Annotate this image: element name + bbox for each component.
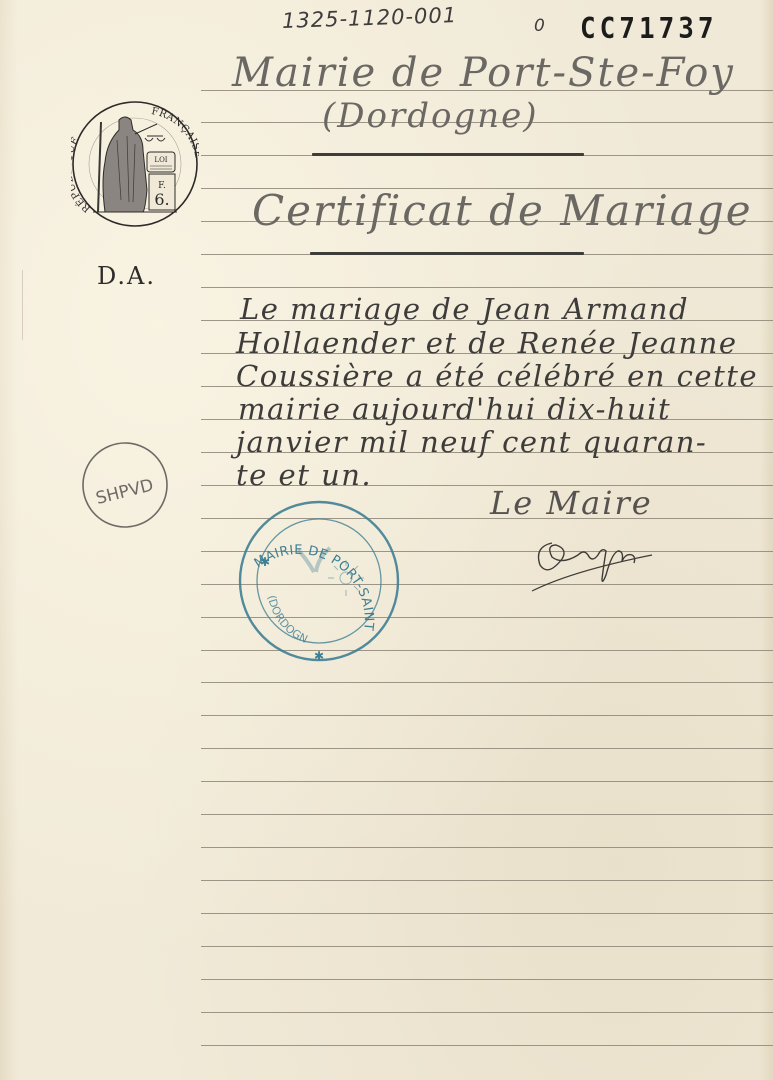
header-line-2: (Dordogne) xyxy=(322,96,539,136)
stamped-reference-number: CC71737 xyxy=(580,13,718,46)
republique-francaise-seal-icon: RÉPUBLIQUE FRANÇAISE LOI F. 6. xyxy=(71,100,199,228)
seal-form-number: 6. xyxy=(154,190,169,209)
margin-label-da: D.A. xyxy=(97,262,156,290)
archive-stamp-text: SHPVD xyxy=(94,475,156,509)
signatory-title: Le Maire xyxy=(490,484,653,522)
body-line-1: Le mariage de Jean Armand xyxy=(240,292,689,326)
body-line-6: te et un. xyxy=(236,458,372,492)
header-underline xyxy=(312,153,584,156)
svg-text:✱: ✱ xyxy=(314,649,324,662)
body-line-2: Hollaender et de Renée Jeanne xyxy=(236,326,738,360)
svg-text:RÉPUBLIQUE: RÉPUBLIQUE xyxy=(71,135,93,214)
body-line-4: mairie aujourd'hui dix-huit xyxy=(238,392,671,426)
document-title: Certificat de Mariage xyxy=(252,186,753,235)
title-underline xyxy=(310,252,584,255)
archive-stamp-shpvd-icon: SHPVD xyxy=(80,441,170,529)
seal-text-left: RÉPUBLIQUE xyxy=(71,135,93,214)
seal-tablet-text: LOI xyxy=(154,156,167,164)
mayor-signature-icon: Peujou xyxy=(530,525,680,595)
svg-text:FRANÇAISE: FRANÇAISE xyxy=(150,106,199,159)
mairie-port-sainte-foy-stamp-icon: MAIRIE DE PORT-SAINTE-FOY (DORDOGNE) ✱ ✱ xyxy=(236,500,402,662)
header-line-1: Mairie de Port-Ste-Foy xyxy=(232,50,735,96)
handwritten-reference-suffix: 0 xyxy=(534,16,545,36)
body-line-5: janvier mil neuf cent quaran- xyxy=(236,425,707,459)
paper-fold-mark xyxy=(22,270,23,340)
seal-text-right: FRANÇAISE xyxy=(150,106,199,159)
svg-text:✱: ✱ xyxy=(260,555,270,569)
body-line-3: Coussière a été célébré en cette xyxy=(236,359,758,393)
signature-text: Peujou xyxy=(605,564,609,566)
